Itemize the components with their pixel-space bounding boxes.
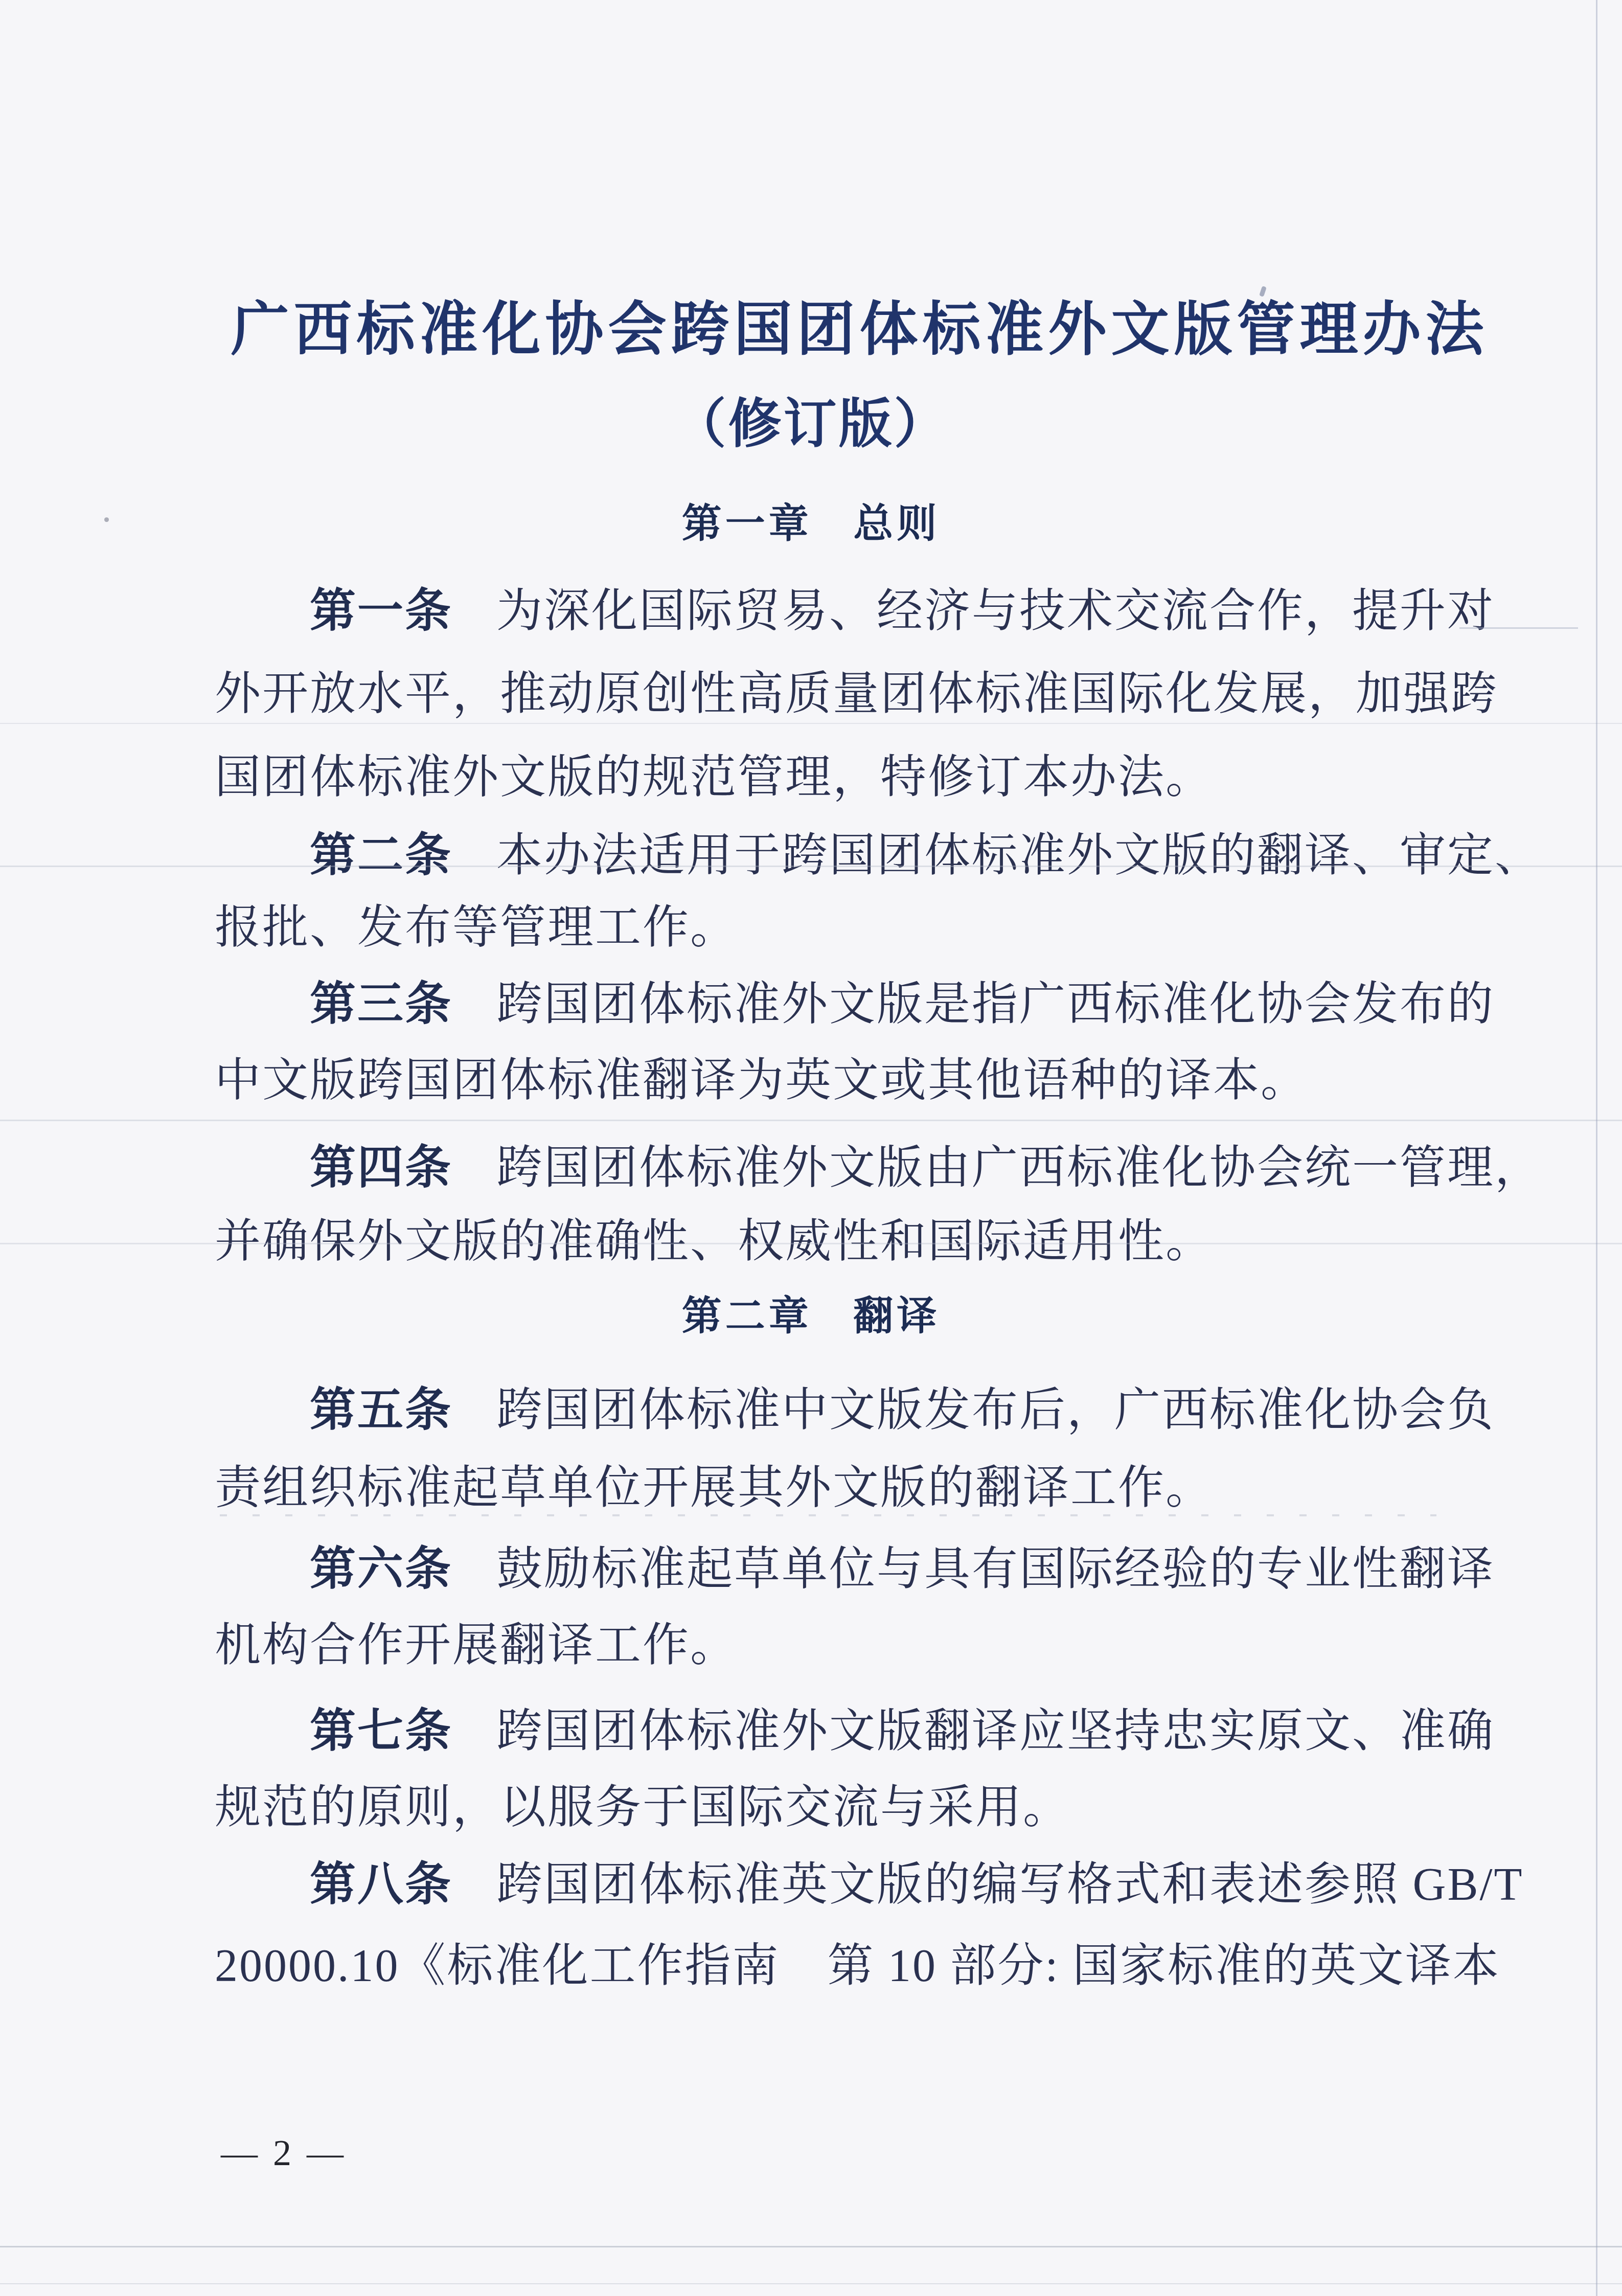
scan-line (0, 866, 1622, 867)
text-line: 机构合作开展翻译工作。 (215, 1623, 1508, 1669)
line-text: 为深化国际贸易、经济与技术交流合作，提升对 (496, 586, 1495, 636)
line-text: 并确保外文版的准确性、权威性和国际适用性。 (215, 1216, 1213, 1267)
chapter-text: 第二章 翻译 (682, 1293, 941, 1338)
article-label: 第八条 (310, 1859, 452, 1910)
text-line: 规范的原则，以服务于国际交流与采用。 (215, 1785, 1508, 1831)
text-line: 并确保外文版的准确性、权威性和国际适用性。 (215, 1219, 1508, 1265)
scan-line (0, 2246, 1622, 2247)
page-number: — 2 — (221, 2134, 347, 2171)
line-text: 本办法适用于跨国团体标准外文版的翻译、审定、 (496, 830, 1542, 881)
text-line: 第七条跨国团体标准外文版翻译应坚持忠实原文、准确 (215, 1708, 1603, 1755)
article-label: 第二条 (310, 830, 452, 881)
line-text: 规范的原则，以服务于国际交流与采用。 (215, 1782, 1070, 1833)
line-text: 国团体标准外文版的规范管理，特修订本办法。 (215, 752, 1213, 803)
line-text: 跨国团体标准英文版的编写格式和表述参照 GB/T (496, 1859, 1524, 1910)
text-line: 中文版跨国团体标准翻译为英文或其他语种的译本。 (215, 1058, 1508, 1104)
scan-line (0, 1120, 1622, 1121)
chapter-heading: 第一章 总则 (0, 504, 1622, 543)
text-line: 第八条跨国团体标准英文版的编写格式和表述参照 GB/T (215, 1861, 1603, 1908)
text-line: 第六条鼓励标准起草单位与具有国际经验的专业性翻译 (215, 1546, 1603, 1593)
line-text: 鼓励标准起草单位与具有国际经验的专业性翻译 (496, 1544, 1495, 1595)
article-label: 第六条 (310, 1543, 452, 1595)
line-text: 20000.10《标准化工作指南 第 10 部分: 国家标准的英文译本 (215, 1941, 1500, 1991)
text-line: 第三条跨国团体标准外文版是指广西标准化协会发布的 (215, 981, 1603, 1028)
text-line: 第四条跨国团体标准外文版由广西标准化协会统一管理， (215, 1145, 1603, 1191)
document-subtitle: （修订版） (0, 398, 1622, 451)
article-label: 第一条 (310, 585, 452, 636)
line-text: 跨国团体标准中文版发布后，广西标准化协会负 (496, 1385, 1495, 1436)
chapter-text: 第一章 总则 (682, 501, 941, 546)
scan-line (0, 2283, 1622, 2284)
line-text: 跨国团体标准外文版是指广西标准化协会发布的 (496, 979, 1495, 1030)
document-title: 广西标准化协会跨国团体标准外文版管理办法 (49, 301, 1622, 359)
line-text: 中文版跨国团体标准翻译为英文或其他语种的译本。 (215, 1055, 1308, 1106)
text-line: 第二条本办法适用于跨国团体标准外文版的翻译、审定、 (215, 832, 1603, 879)
scan-line (0, 1243, 1622, 1244)
line-text: 机构合作开展翻译工作。 (215, 1620, 738, 1671)
text-line: 责组织标准起草单位开展其外文版的翻译工作。 (215, 1465, 1508, 1511)
line-text: 跨国团体标准外文版翻译应坚持忠实原文、准确 (496, 1706, 1495, 1757)
text-line: 第一条为深化国际贸易、经济与技术交流合作，提升对 (215, 588, 1603, 634)
line-text: 报批、发布等管理工作。 (215, 902, 738, 953)
line-text: 责组织标准起草单位开展其外文版的翻译工作。 (215, 1463, 1213, 1513)
text-line: 国团体标准外文版的规范管理，特修订本办法。 (215, 755, 1508, 801)
text-line: 第五条跨国团体标准中文版发布后，广西标准化协会负 (215, 1387, 1603, 1434)
scan-dotted-line (220, 1514, 1436, 1516)
article-label: 第四条 (310, 1142, 452, 1193)
scan-line (0, 723, 1622, 724)
article-label: 第三条 (310, 979, 452, 1030)
text-line: 报批、发布等管理工作。 (215, 905, 1508, 951)
article-label: 第七条 (310, 1706, 452, 1757)
article-label: 第五条 (310, 1384, 452, 1436)
scan-streak (1459, 627, 1578, 629)
line-text: 跨国团体标准外文版由广西标准化协会统一管理， (496, 1143, 1542, 1193)
scan-speck (1259, 286, 1267, 297)
scan-edge-line (1596, 0, 1597, 2296)
scanned-document-page: 广西标准化协会跨国团体标准外文版管理办法 （修订版） 第一章 总则第一条为深化国… (0, 0, 1622, 2296)
scan-speck (104, 517, 109, 522)
text-line: 外开放水平，推动原创性高质量团体标准国际化发展，加强跨 (215, 671, 1508, 717)
line-text: 外开放水平，推动原创性高质量团体标准国际化发展，加强跨 (215, 669, 1498, 719)
text-line: 20000.10《标准化工作指南 第 10 部分: 国家标准的英文译本 (215, 1943, 1508, 1989)
chapter-heading: 第二章 翻译 (0, 1296, 1622, 1336)
